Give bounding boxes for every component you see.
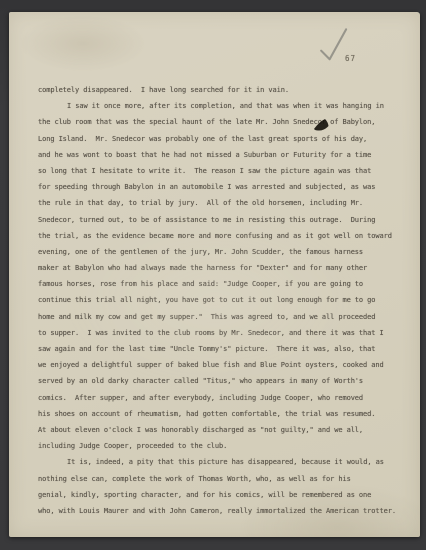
typed-line: Snedecor, turned out, to be of assistanc… <box>38 212 400 228</box>
typed-line: At about eleven o'clock I was honorably … <box>38 422 400 438</box>
ink-blot-icon <box>313 118 331 133</box>
typed-line: I saw it once more, after its completion… <box>38 98 400 114</box>
typed-line: the trial, as the evidence became more a… <box>38 228 400 244</box>
typed-line: who, with Louis Maurer and with John Cam… <box>38 503 400 519</box>
typed-line: comics. After supper, and after everybod… <box>38 390 400 406</box>
typed-line: the rule in that day, to trial by jury. … <box>38 195 400 211</box>
typed-line: continue this trial all night, you have … <box>38 292 400 308</box>
typed-line: It is, indeed, a pity that this picture … <box>38 454 400 470</box>
typed-line: genial, kindly, sporting character, and … <box>38 487 400 503</box>
typed-line: the club room that was the special haunt… <box>38 114 400 130</box>
typed-text-block: completely disappeared. I have long sear… <box>38 82 400 519</box>
typed-line: so long that I hesitate to write it. The… <box>38 163 400 179</box>
typed-line: and he was wont to boast that he had not… <box>38 147 400 163</box>
document-page: 67 completely disappeared. I have long s… <box>9 12 420 537</box>
typed-line: maker at Babylon who had always made the… <box>38 260 400 276</box>
typed-line: nothing else can, complete the work of T… <box>38 471 400 487</box>
typed-line: for speeding through Babylon in an autom… <box>38 179 400 195</box>
photo-background: 67 completely disappeared. I have long s… <box>0 0 426 550</box>
typed-line: his shoes on account of rheumatism, had … <box>38 406 400 422</box>
typed-line: evening, one of the gentlemen of the jur… <box>38 244 400 260</box>
typed-line: Long Island. Mr. Snedecor was probably o… <box>38 131 400 147</box>
typed-line: home and milk my cow and get my supper."… <box>38 309 400 325</box>
typed-line: famous horses, rose from his place and s… <box>38 276 400 292</box>
typed-line: saw again and for the last time "Uncle T… <box>38 341 400 357</box>
typed-line: including Judge Cooper, proceeded to the… <box>38 438 400 454</box>
typed-line: to supper. I was invited to the club roo… <box>38 325 400 341</box>
typed-line: we enjoyed a delightful supper of baked … <box>38 357 400 373</box>
typed-line: completely disappeared. I have long sear… <box>38 82 400 98</box>
typed-line: served by an old darky character called … <box>38 373 400 389</box>
page-number: 67 <box>345 54 356 63</box>
